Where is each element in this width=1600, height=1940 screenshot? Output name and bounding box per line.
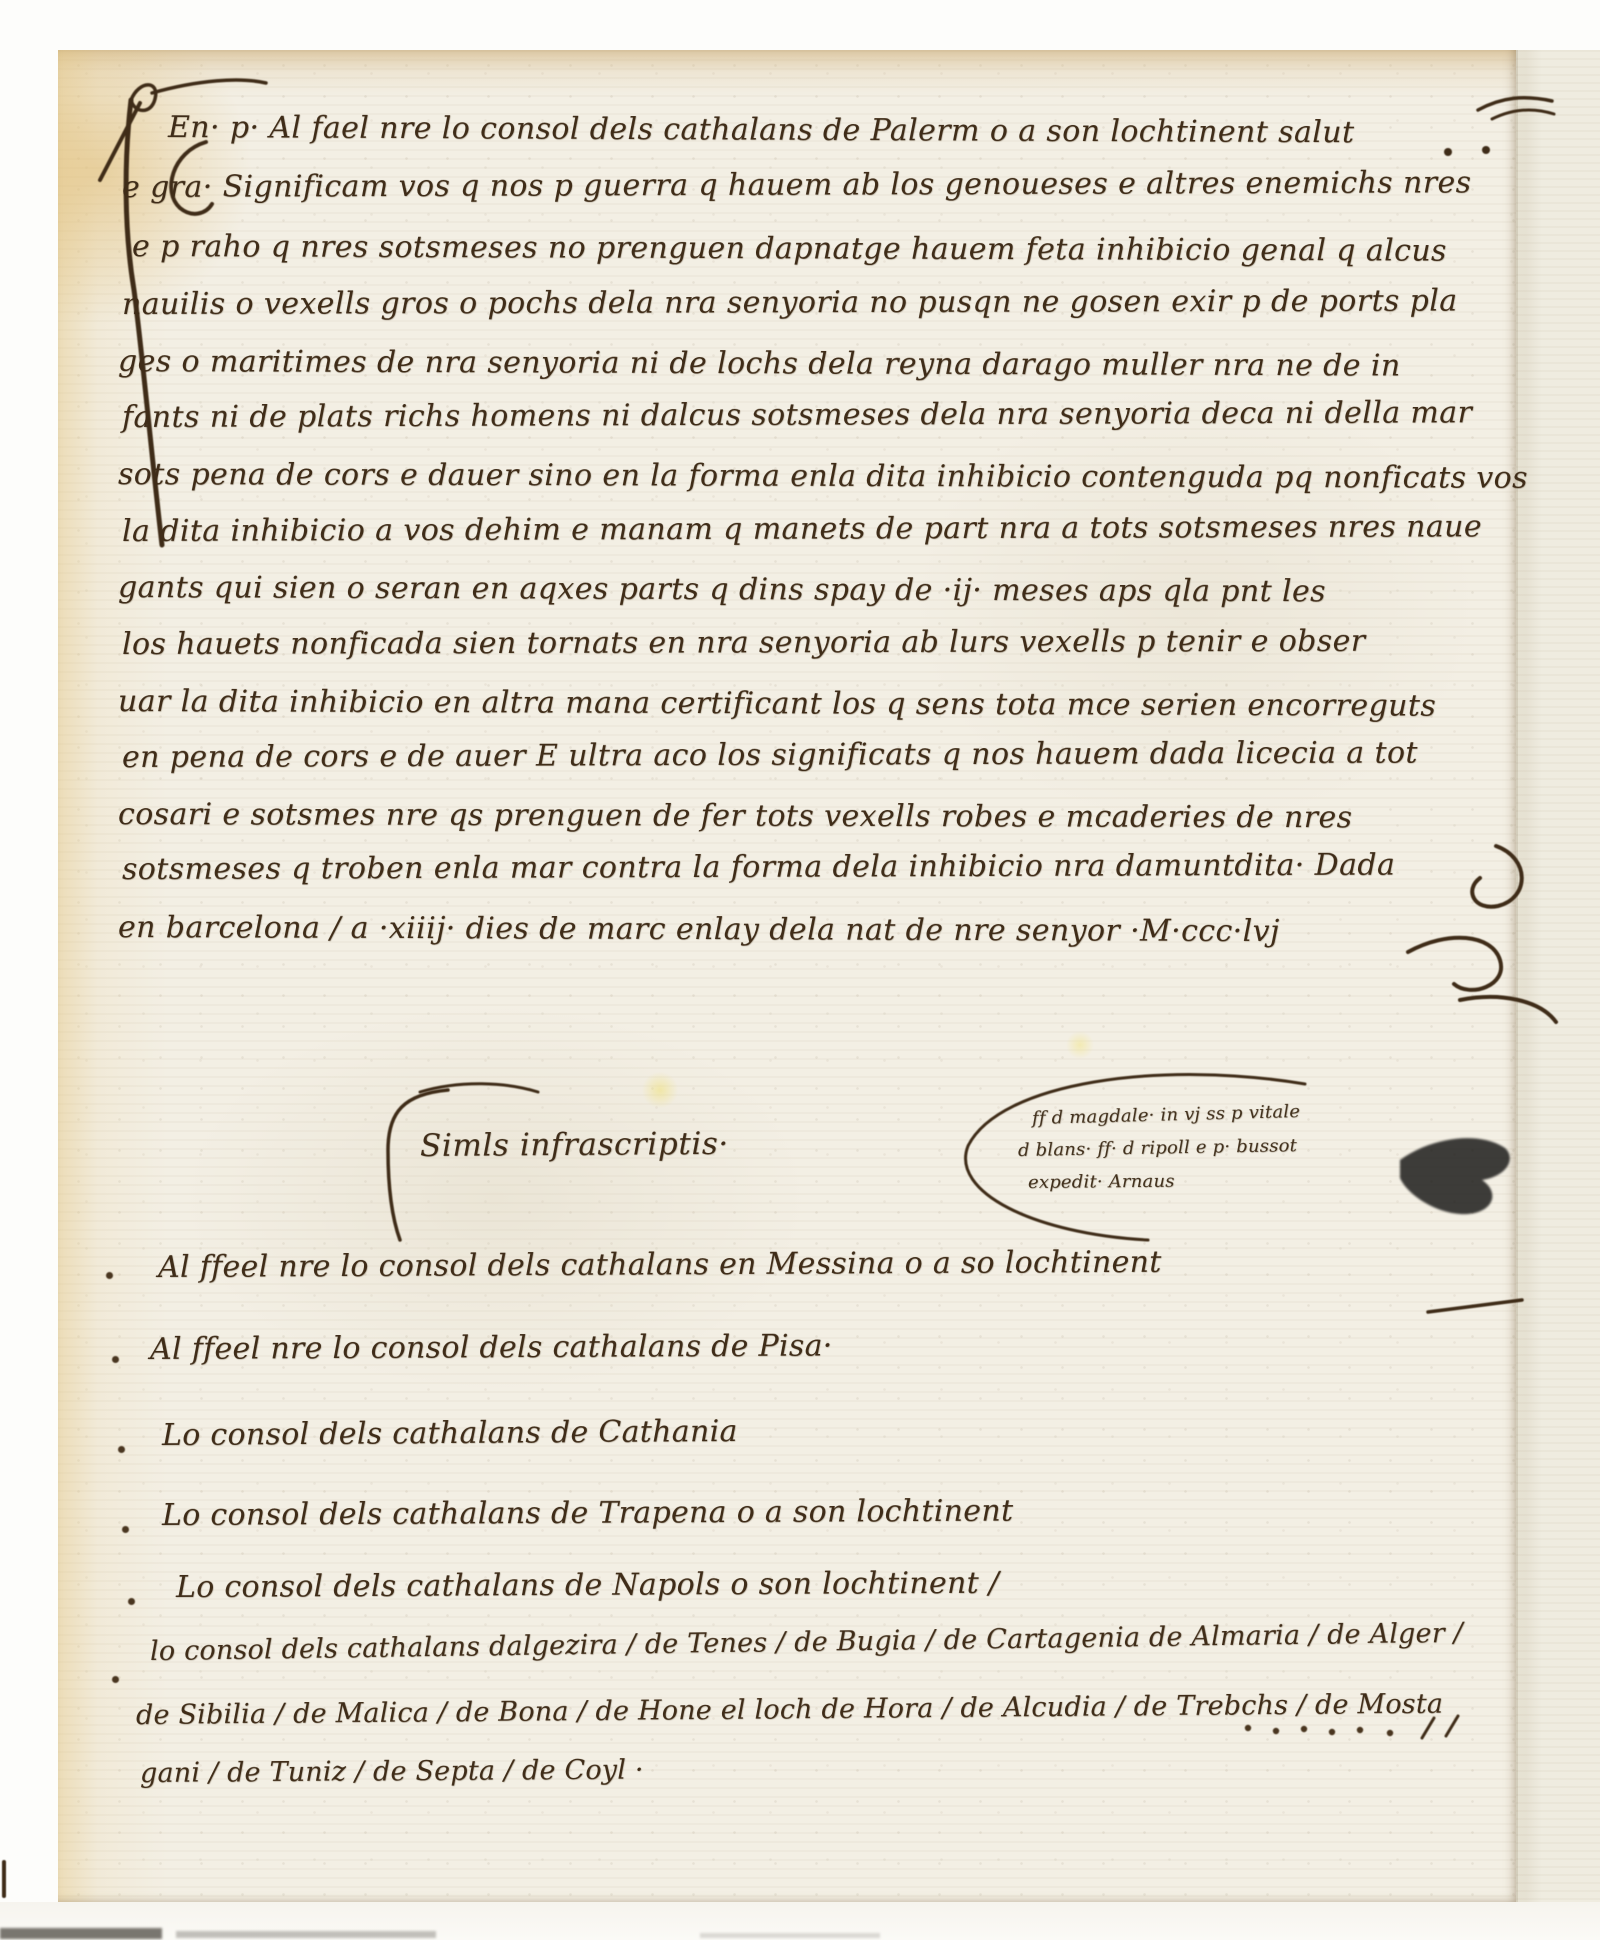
cutoff-caption-fragment bbox=[0, 1928, 162, 1939]
address-bullet bbox=[128, 1598, 135, 1605]
address-bullet bbox=[106, 1272, 113, 1279]
body-line-7: sots pena de cors e dauer sino en la for… bbox=[118, 457, 1528, 496]
cutoff-caption-fragment bbox=[176, 1931, 436, 1938]
cutoff-caption-fragment bbox=[700, 1933, 880, 1938]
body-line-6: fants ni de plats richs homens ni dalcus… bbox=[122, 395, 1472, 435]
margin-dash bbox=[1428, 1300, 1522, 1312]
top-right-mark bbox=[1444, 98, 1554, 156]
address-bullet bbox=[122, 1526, 129, 1533]
body-line-11: uar la dita inhibicio en altra mana cert… bbox=[118, 684, 1436, 724]
body-line-2: e gra· Significam vos q nos p guerra q h… bbox=[122, 165, 1472, 205]
body-line-3: e p raho q nres sotsmeses no prenguen da… bbox=[132, 229, 1447, 269]
date-end-flourish bbox=[1408, 938, 1556, 1022]
sidenote-bracket bbox=[388, 1090, 448, 1240]
body-line-13: cosari e sotsmes nre qs prenguen de fer … bbox=[118, 797, 1353, 835]
sidenote-similes-infrascriptis: Simls infrascriptis· bbox=[420, 1126, 729, 1164]
address-bullet bbox=[112, 1356, 119, 1363]
address-line-4: Lo consol dels cathalans de Trapena o a … bbox=[162, 1494, 1013, 1533]
body-line-5: ges o maritimes de nra senyoria ni de lo… bbox=[118, 344, 1401, 383]
right-margin-hook bbox=[1472, 846, 1522, 907]
address-line-2: Al ffeel nre lo consol dels cathalans de… bbox=[150, 1328, 833, 1367]
body-line-14: sotsmeses q troben enla mar contra la fo… bbox=[122, 848, 1395, 887]
address-bullet bbox=[118, 1446, 125, 1453]
address-line-1: Al ffeel nre lo consol dels cathalans en… bbox=[158, 1245, 1162, 1285]
body-line-4: nauilis o vexells gros o pochs dela nra … bbox=[122, 284, 1458, 322]
body-line-1: En· p· Al fael nre lo consol dels cathal… bbox=[168, 110, 1355, 150]
body-line-10: los hauets nonficada sien tornats en nra… bbox=[122, 624, 1366, 662]
address-line-8: gani / de Tuniz / de Septa / de Coyl · bbox=[140, 1754, 644, 1789]
ink-blot bbox=[1400, 1138, 1510, 1214]
body-line-12: en pena de cors e de auer E ultra aco lo… bbox=[122, 735, 1418, 775]
address-line-3: Lo consol dels cathalans de Cathania bbox=[162, 1414, 738, 1453]
address-line-5: Lo consol dels cathalans de Napols o son… bbox=[176, 1566, 999, 1605]
body-line-9: gants qui sien o seran en aqxes parts q … bbox=[118, 570, 1326, 609]
address-bullet bbox=[112, 1676, 119, 1683]
registration-note-line-3: expedit· Arnaus bbox=[1028, 1171, 1175, 1193]
scanned-manuscript-page: En· p· Al fael nre lo consol dels cathal… bbox=[0, 0, 1600, 1940]
body-line-15: en barcelona / a ·xiiij· dies de marc en… bbox=[118, 910, 1280, 949]
body-line-8: la dita inhibicio a vos dehim e manam q … bbox=[122, 509, 1482, 549]
